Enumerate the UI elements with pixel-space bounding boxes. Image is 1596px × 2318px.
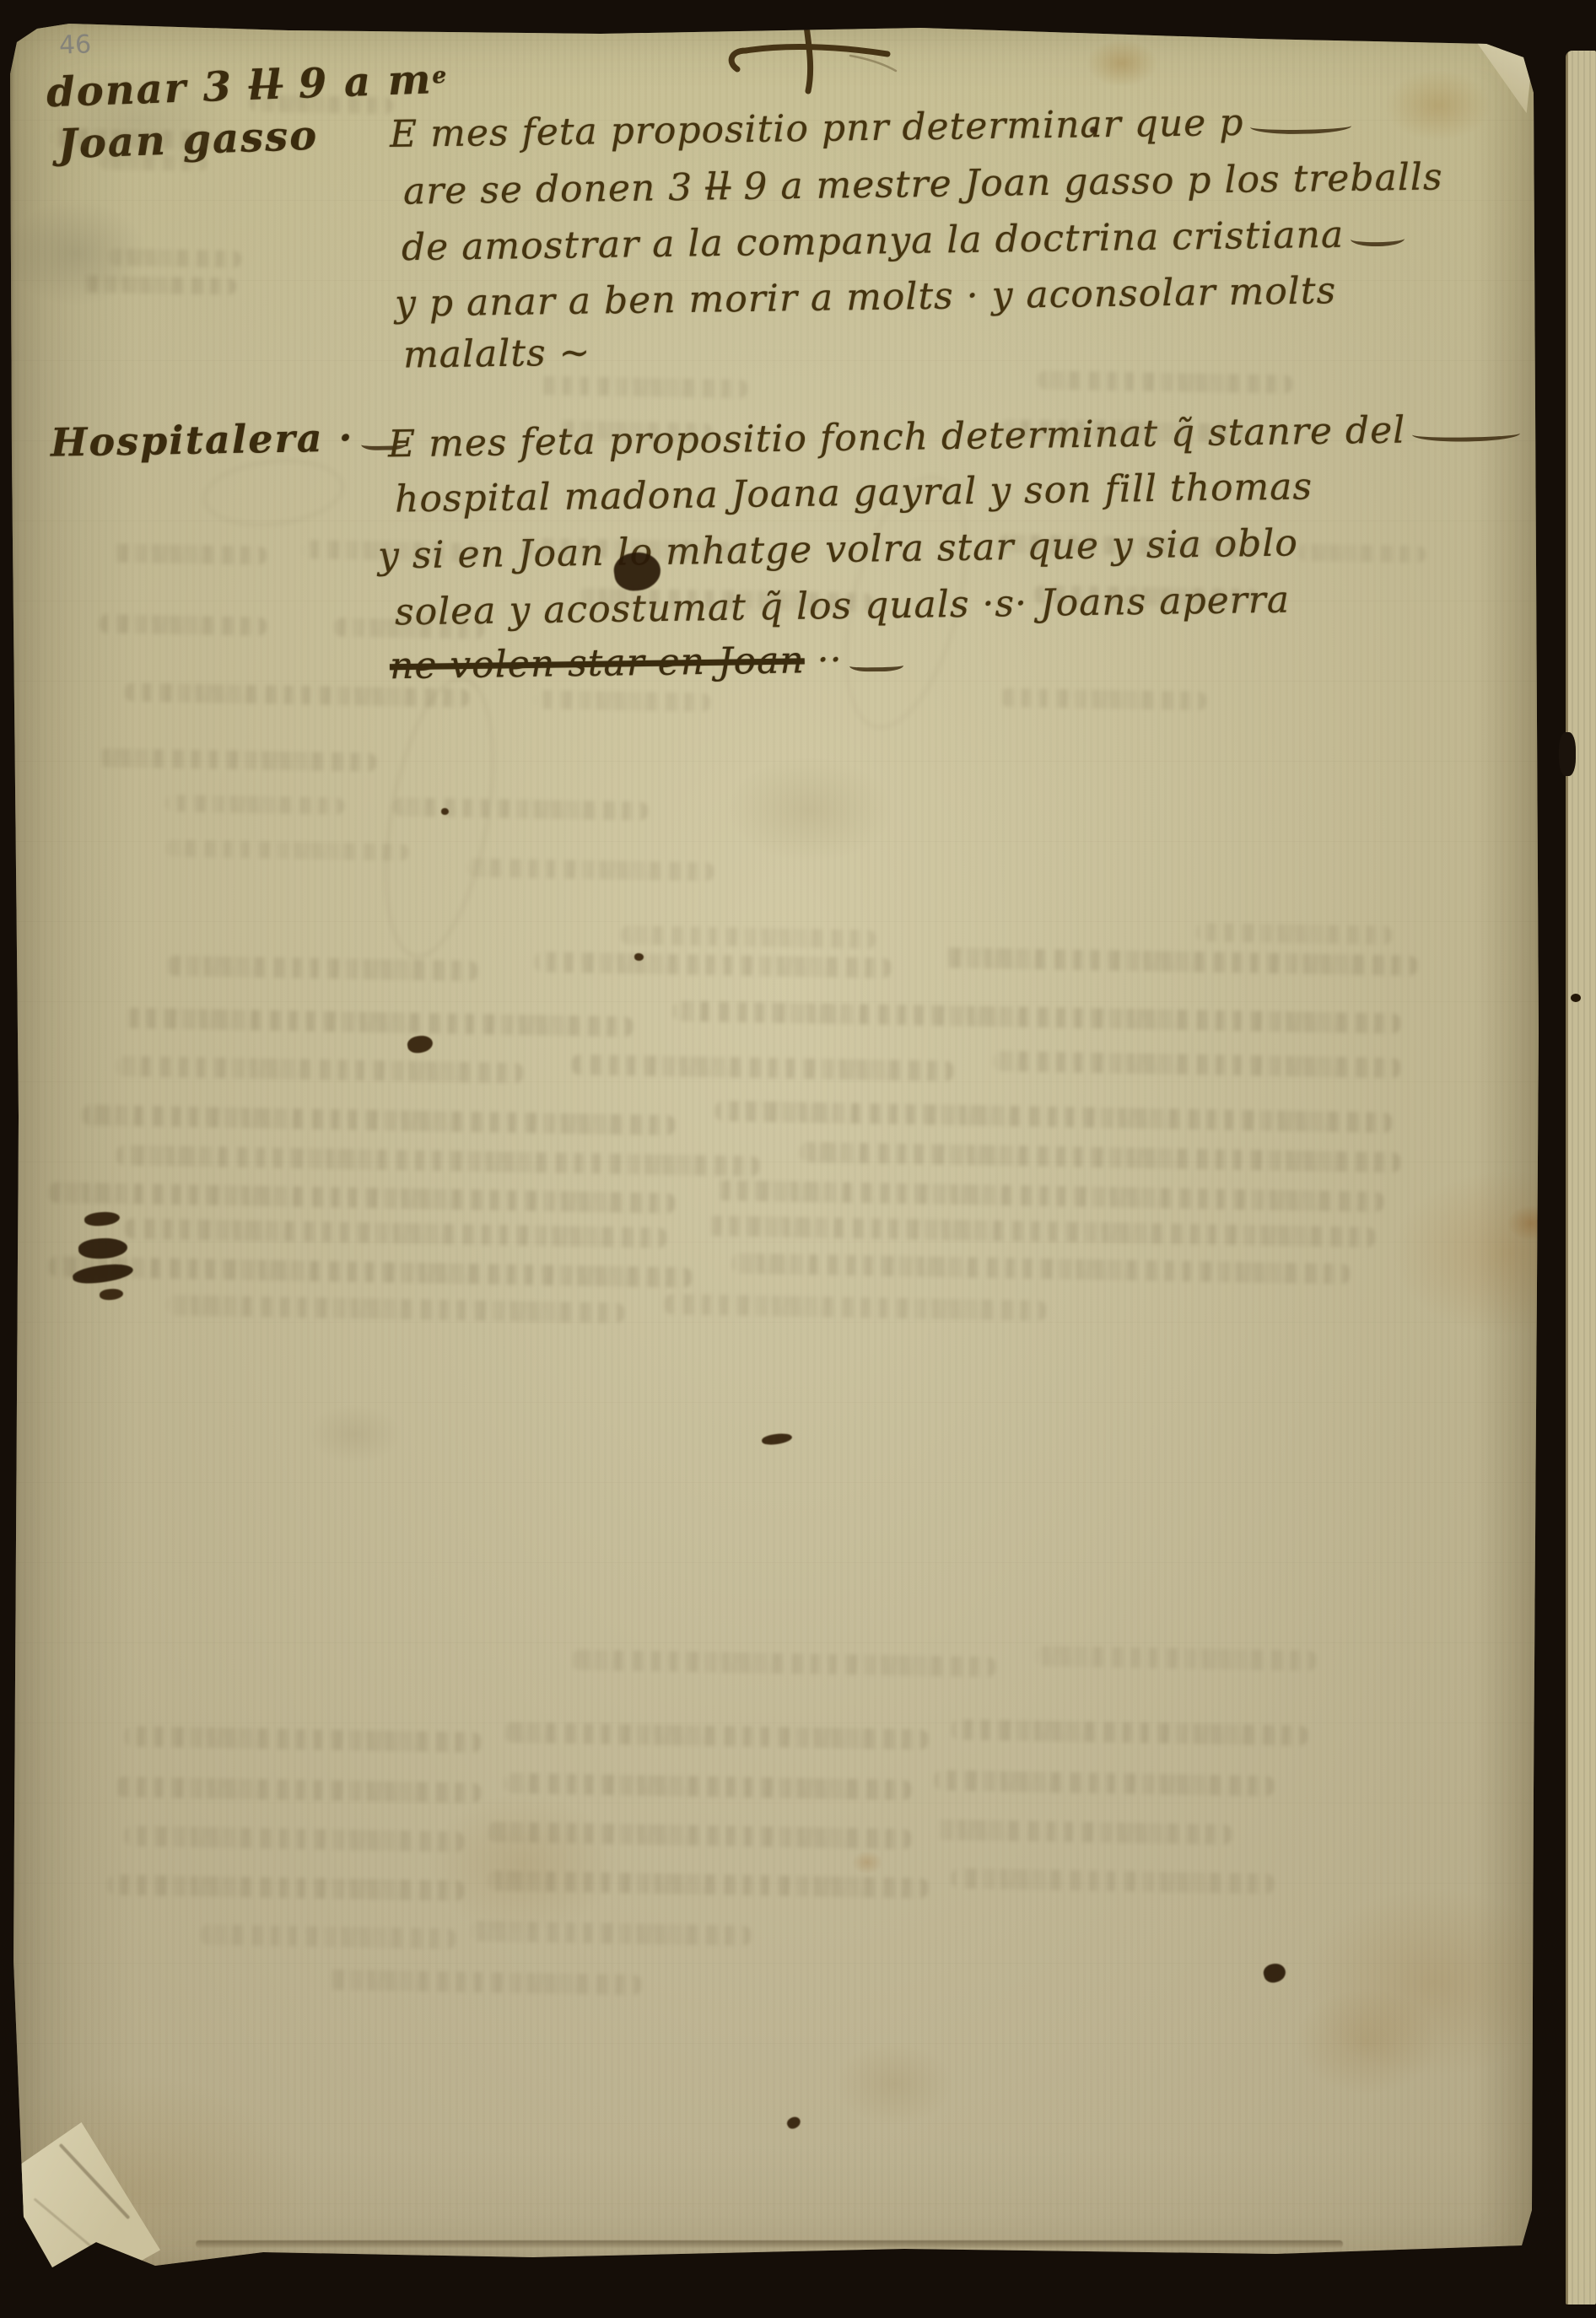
ink-blot: [84, 1210, 120, 1227]
ghost-text-line: [201, 1924, 456, 1949]
ghost-text-line: [125, 1825, 464, 1852]
ghost-text-line: [167, 956, 477, 981]
stacked-page-edges: [196, 2240, 1343, 2248]
entry-hospitalera-line-2: hospital madona Joana gayral y son fill …: [395, 465, 1313, 520]
ghost-text-line: [553, 420, 712, 441]
ghost-flourish: [199, 452, 347, 532]
ghost-text-line: [535, 951, 891, 978]
text-segment: Hospitalera: [51, 415, 324, 466]
ghost-text-line: [572, 1650, 995, 1678]
ghost-text-line: [935, 1819, 1232, 1845]
flourish-stroke: [1412, 414, 1520, 442]
ghost-text-line: [302, 540, 477, 562]
ghost-text-line: [1034, 585, 1257, 608]
ghost-text-line: [108, 1874, 464, 1900]
text-segment: y p anar a ben morir a molts · y aconsol…: [395, 269, 1337, 326]
ghost-text-line: [952, 1719, 1308, 1745]
ghost-text-line: [125, 1008, 633, 1038]
text-segment: malalts ~: [403, 331, 591, 376]
ghost-text-line: [488, 1870, 928, 1898]
ghost-text-line: [1038, 370, 1292, 393]
ghost-text-line: [116, 1056, 523, 1083]
ink-blot: [99, 1288, 123, 1301]
text-segment: e: [432, 62, 449, 89]
ghost-text-line: [108, 543, 267, 564]
text-segment: ·: [323, 414, 354, 461]
text-segment: 9 a mestre Joan gasso p los treballs: [731, 155, 1443, 208]
ink-blot: [78, 1237, 127, 1259]
ghost-text-line: [125, 1726, 481, 1752]
ghost-text-line: [952, 1868, 1274, 1895]
ghost-text-line: [1036, 1646, 1316, 1671]
scanned-manuscript-photo: { "document": { "type_label": "handwritt…: [0, 0, 1596, 2318]
text-segment: are se donen 3: [403, 166, 706, 213]
ghost-text-line: [715, 1180, 1383, 1212]
ghost-text-line: [116, 1776, 481, 1803]
ghost-text-line: [100, 614, 267, 635]
entry-donation-line-2: are se donen 3 ll 9 a mestre Joan gasso …: [403, 155, 1443, 213]
entry-donation-line-3: de amostrar a la companya la doctrina cr…: [402, 213, 1405, 270]
ghost-text-line: [125, 1218, 666, 1248]
margin-note-hospitalera-line-1: Hospitalera ·: [51, 413, 407, 465]
manuscript-page: 46 donar 3 ll 9 a meJoan gassoHospitaler…: [10, 20, 1552, 2284]
text-segment: hospital madona Joana gayral y son fill …: [395, 465, 1313, 520]
ghost-text-line: [673, 1000, 1400, 1033]
text-segment: de amostrar a la companya la doctrina cr…: [402, 213, 1345, 270]
ink-blot: [785, 2115, 802, 2131]
ghost-text-line: [116, 1145, 759, 1176]
ghost-text-line: [100, 154, 208, 171]
torn-corner: [17, 2122, 160, 2271]
ghost-text-line: [334, 617, 484, 639]
ghost-text-line: [327, 1970, 641, 1995]
binding-notch: [1559, 732, 1576, 776]
entry-donation-line-4: y p anar a ben morir a molts · y aconsol…: [395, 269, 1337, 326]
entry-donation-line-5: malalts ~: [403, 331, 591, 376]
invocation-cross-icon: [724, 22, 901, 94]
ink-blot: [1262, 1961, 1288, 1985]
ghost-text-line: [250, 95, 393, 115]
ink-blot: [406, 1034, 434, 1055]
text-segment: ··: [804, 639, 843, 682]
page-corner-fold: [1473, 32, 1535, 113]
ghost-text-line: [49, 1183, 675, 1214]
ghost-text-line: [504, 1722, 928, 1750]
ghost-text-line: [167, 1295, 624, 1323]
ghost-text-line: [51, 128, 226, 150]
ghost-text-line: [467, 858, 714, 881]
ghost-text-line: [538, 376, 747, 398]
ghost-text-line: [943, 947, 1417, 976]
text-segment: donar 3: [46, 62, 249, 116]
ghost-text-line: [994, 1051, 1400, 1078]
ghost-text-line: [1297, 544, 1426, 563]
ghost-text-line: [1000, 688, 1206, 710]
ghost-text-line: [165, 839, 408, 860]
ghost-text-line: [83, 1105, 675, 1135]
text-segment: ll: [705, 165, 731, 208]
ink-blot: [761, 1432, 792, 1447]
ink-blot: [441, 808, 449, 815]
flourish-stroke: [1250, 107, 1351, 135]
ghost-text-line: [471, 1921, 751, 1946]
edge-speck: [1571, 994, 1581, 1002]
ink-blot: [634, 953, 644, 961]
ghost-text-line: [665, 1294, 1046, 1321]
folio-number: 46: [58, 30, 91, 60]
ghost-text-line: [100, 748, 376, 772]
ghost-text-line: [1196, 923, 1392, 945]
ghost-text-line: [165, 795, 344, 815]
ghost-text-line: [732, 1253, 1350, 1285]
text-segment: E mes feta propositio fonch determinat q…: [388, 409, 1406, 466]
ghost-text-line: [935, 1770, 1274, 1796]
ghost-text-line: [572, 1054, 953, 1081]
ghost-text-line: [49, 1256, 692, 1287]
fore-edge-strip: [1566, 51, 1596, 2305]
text-segment: E mes feta propositio pnr determinar que…: [390, 101, 1244, 156]
ghost-text-line: [488, 1822, 911, 1850]
flourish-stroke: [1351, 219, 1405, 246]
entry-donation-line-1: E mes feta propositio pnr determinar que…: [390, 100, 1352, 156]
ghost-text-line: [504, 1773, 911, 1800]
ink-blot: [1090, 127, 1097, 133]
ghost-text-line: [108, 249, 241, 268]
ghost-text-line: [715, 1101, 1392, 1133]
ghost-text-line: [707, 1216, 1375, 1248]
ghost-text-line: [621, 925, 876, 948]
ghost-text-line: [535, 690, 710, 712]
ghost-text-line: [78, 275, 236, 294]
ghost-text-line: [800, 1142, 1400, 1172]
